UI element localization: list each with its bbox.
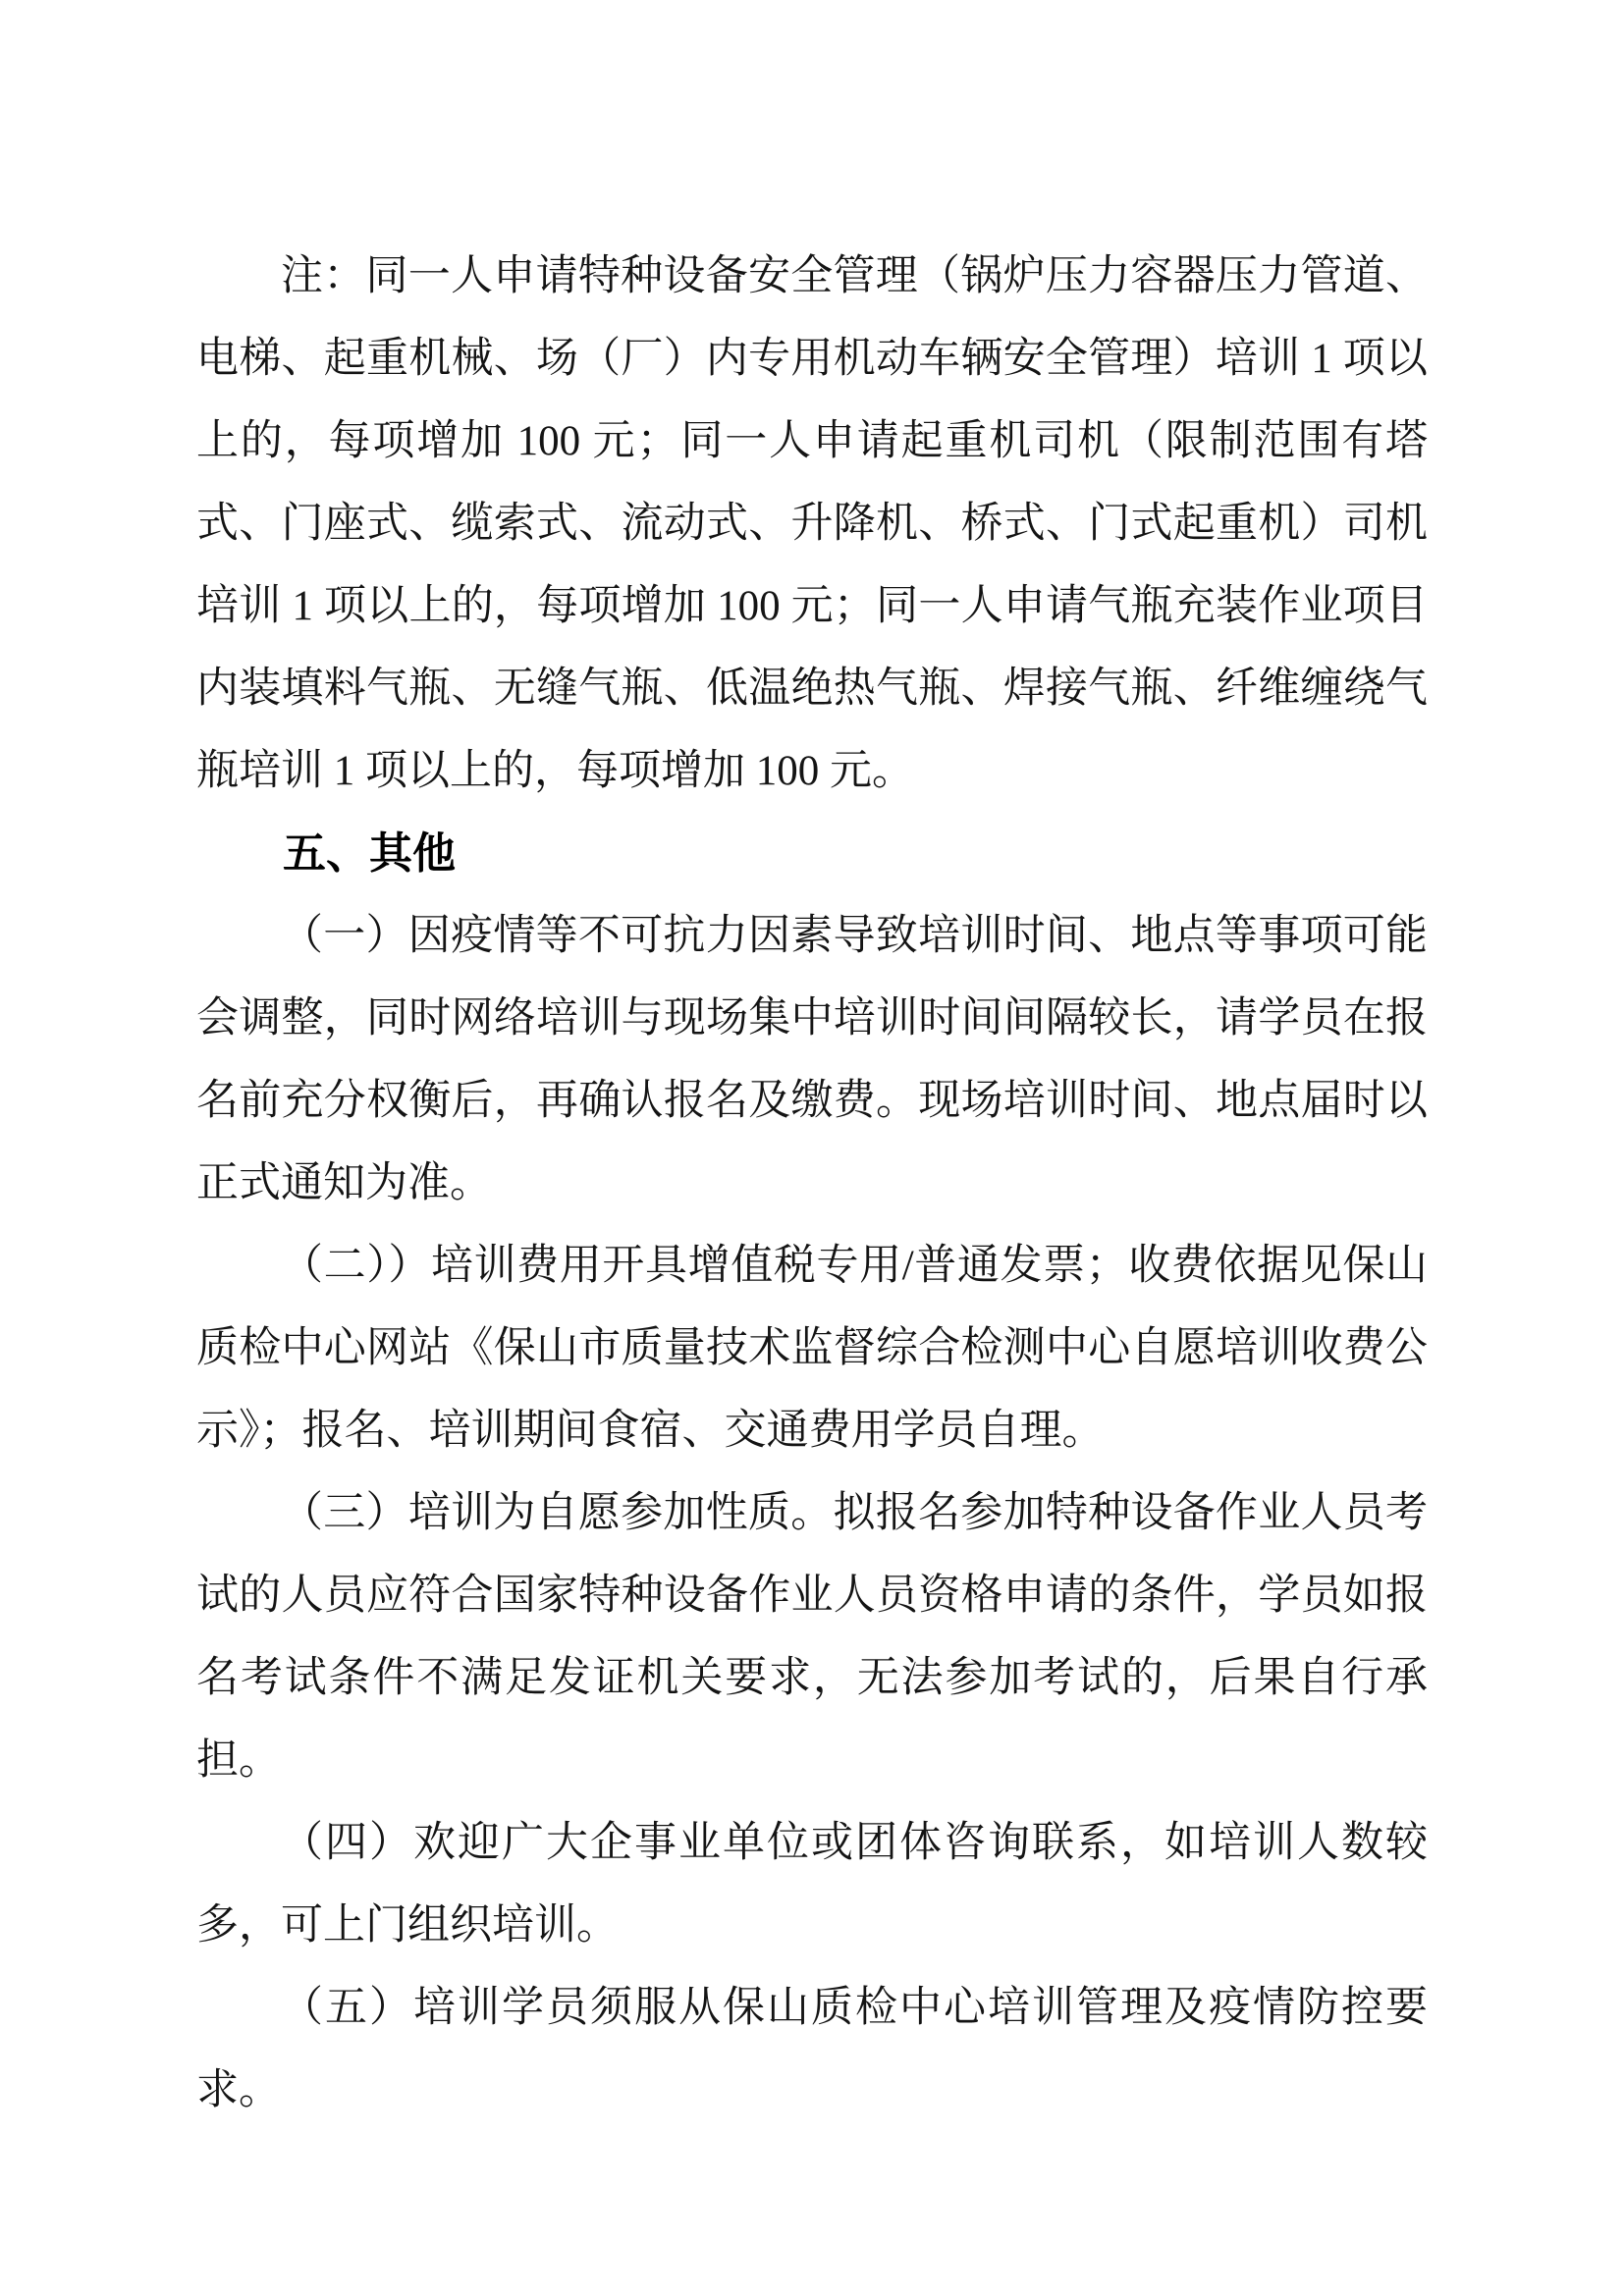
document-page: 注：同一人申请特种设备安全管理（锅炉压力容器压力管道、电梯、起重机械、场（厂）内…	[0, 0, 1624, 2296]
item-2-paragraph: （二））培训费用开具增值税专用/普通发票；收费依据见保山质检中心网站《保山市质量…	[196, 1225, 1428, 1472]
document-content: 注：同一人申请特种设备安全管理（锅炉压力容器压力管道、电梯、起重机械、场（厂）内…	[196, 236, 1428, 2132]
item-1-paragraph: （一）因疫情等不可抗力因素导致培训时间、地点等事项可能会调整，同时网络培训与现场…	[196, 895, 1428, 1225]
item-3-paragraph: （三）培训为自愿参加性质。拟报名参加特种设备作业人员考试的人员应符合国家特种设备…	[196, 1472, 1428, 1802]
item-5-paragraph: （五）培训学员须服从保山质检中心培训管理及疫情防控要求。	[196, 1967, 1428, 2132]
note-paragraph: 注：同一人申请特种设备安全管理（锅炉压力容器压力管道、电梯、起重机械、场（厂）内…	[196, 236, 1428, 813]
section-heading-five-other: 五、其他	[196, 813, 1428, 895]
item-4-paragraph: （四）欢迎广大企事业单位或团体咨询联系，如培训人数较多，可上门组织培训。	[196, 1802, 1428, 1967]
